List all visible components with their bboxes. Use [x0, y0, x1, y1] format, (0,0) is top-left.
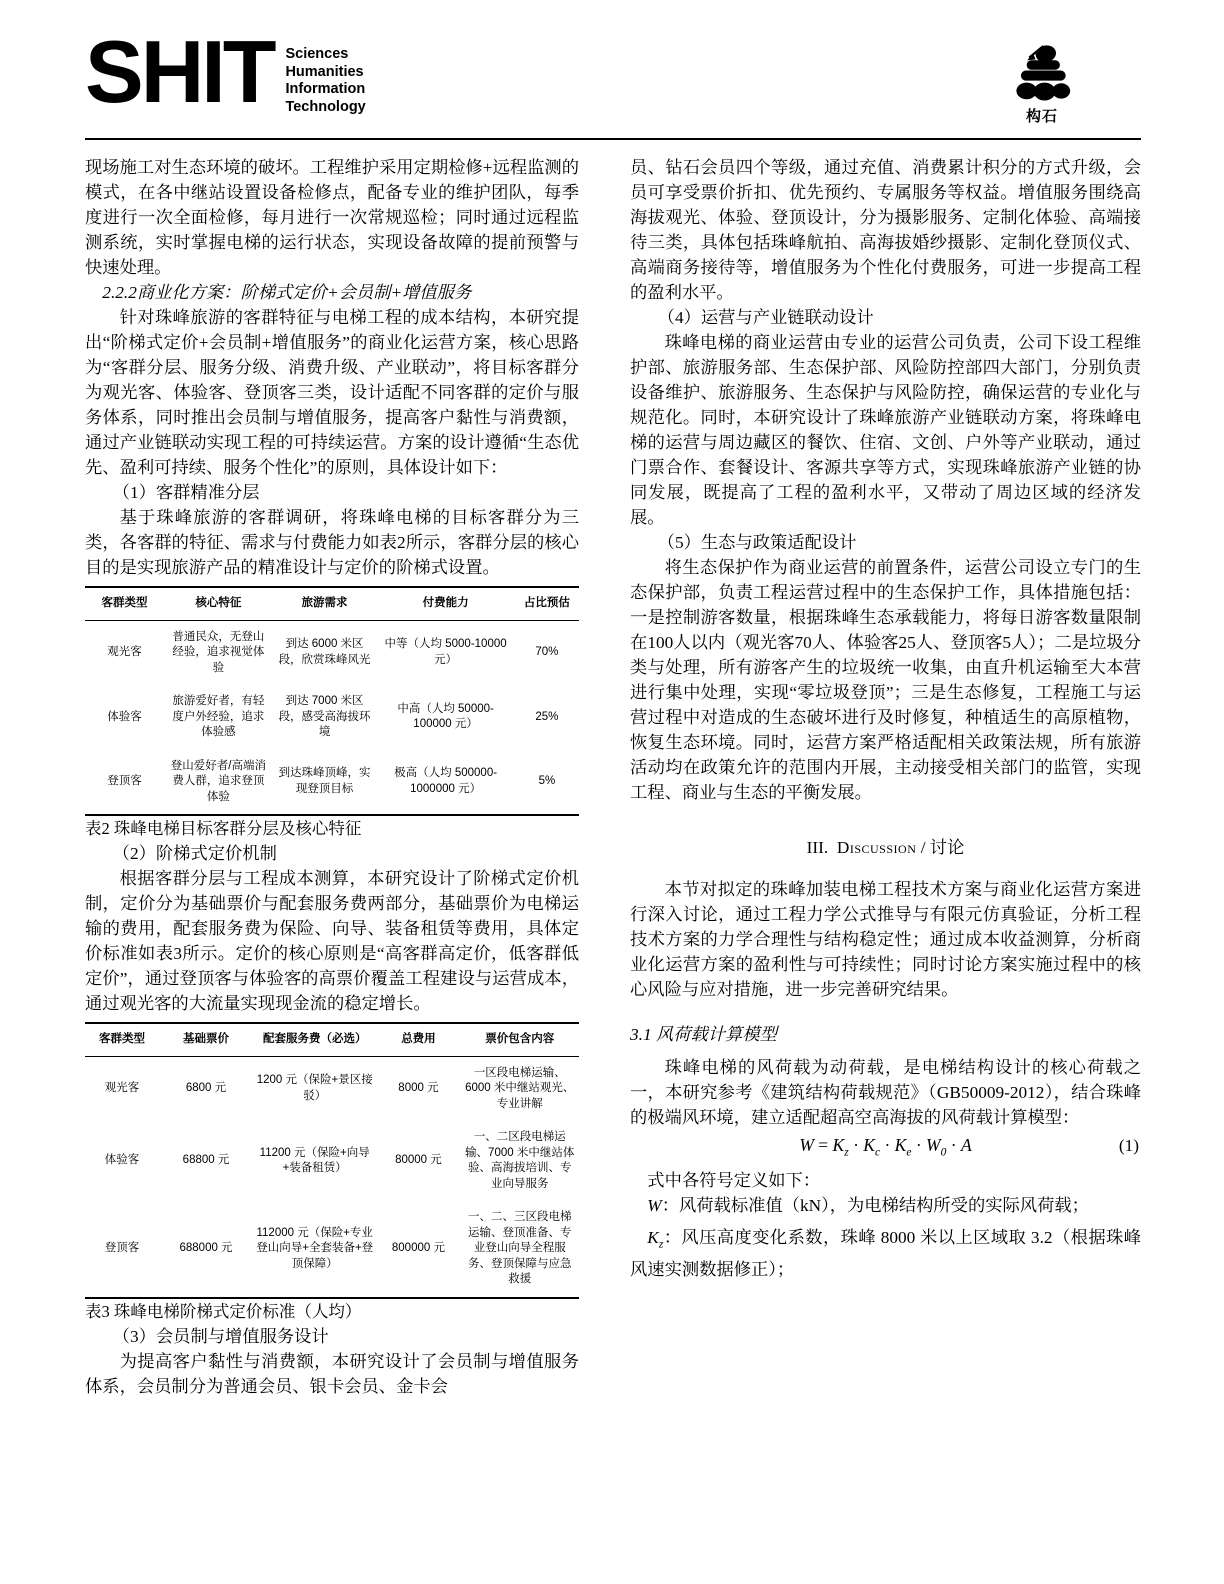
tagline-line: Sciences: [285, 46, 365, 64]
table-cell: 11200 元（保险+向导+装备租赁）: [253, 1121, 377, 1201]
math-var: W: [799, 1135, 814, 1155]
section-heading-discussion: III. Discussion / 讨论: [630, 835, 1141, 860]
column-header: 占比预估: [515, 587, 579, 620]
right-column: 员、钻石会员四个等级，通过充值、消费累计积分的方式升级，会员可享受票价折扣、优先…: [630, 155, 1141, 1399]
column-header: 付费能力: [376, 587, 514, 620]
table-row: 体验客68800 元11200 元（保险+向导+装备租赁）80000 元一、二区…: [85, 1121, 579, 1201]
table-header-row: 客群类型基础票价配套服务费（必选）总费用票价包含内容: [85, 1023, 579, 1056]
table-cell: 一、二、三区段电梯运输、登顶准备、专业登山向导全程服务、登顶保障与应急救援: [460, 1201, 579, 1298]
table-cell: 体验客: [85, 685, 164, 750]
equation-expression: W = Kz · Kc · Ke · W0 · A: [799, 1135, 971, 1155]
column-header: 配套服务费（必选）: [253, 1023, 377, 1056]
paragraph-ecology: 将生态保护作为商业运营的前置条件，运营公司设立专门的生态保护部，负责工程运营过程…: [630, 555, 1141, 805]
table-row: 观光客普通民众，无登山经验，追求视觉体验到达 6000 米区段，欣赏珠峰风光中等…: [85, 620, 579, 685]
paragraph-pricing: 根据客群分层与工程成本测算，本研究设计了阶梯式定价机制，定价分为基础票价与配套服…: [85, 866, 579, 1016]
math-var: W: [926, 1135, 941, 1155]
table-cell: 一、二区段电梯运输、7000 米中继站体验、高海拔培训、专业向导服务: [460, 1121, 579, 1201]
paragraph-segmentation: 基于珠峰旅游的客群调研，将珠峰电梯的目标客群分为三类，各客群的特征、需求与付费能…: [85, 505, 579, 580]
section-title-cn: / 讨论: [921, 838, 965, 857]
math-var: K: [647, 1228, 659, 1247]
math-var: W: [647, 1196, 661, 1215]
symbol-desc: ：风荷载标准值（kN），为电梯结构所受的实际风荷载；: [662, 1196, 1089, 1215]
math-sub: 0: [941, 1147, 947, 1159]
masthead: SHIT Sciences Humanities Information Tec…: [85, 38, 1141, 130]
table-header-row: 客群类型核心特征旅游需求付费能力占比预估: [85, 587, 579, 620]
table-cell: 极高（人均 500000-1000000 元）: [376, 750, 514, 816]
journal-tagline: Sciences Humanities Information Technolo…: [285, 38, 365, 116]
journal-logo: SHIT Sciences Humanities Information Tec…: [85, 38, 366, 116]
publisher-logo: 构石: [999, 42, 1085, 126]
table-cell: 登顶客: [85, 750, 164, 816]
paragraph-commercial: 针对珠峰旅游的客群特征与电梯工程的成本结构，本研究提出“阶梯式定价+会员制+增值…: [85, 305, 579, 480]
publisher-logo-label: 构石: [1026, 105, 1058, 126]
section-title: Discussion: [837, 838, 917, 857]
table-cell: 到达 6000 米区段，欣赏珠峰风光: [273, 620, 377, 685]
section-numeral: III.: [807, 838, 829, 857]
table-cell: 6800 元: [159, 1056, 253, 1121]
column-header: 客群类型: [85, 1023, 159, 1056]
table-pricing: 客群类型基础票价配套服务费（必选）总费用票价包含内容 观光客6800 元1200…: [85, 1022, 579, 1299]
table-cell: 中高（人均 50000-100000 元）: [376, 685, 514, 750]
table-cell: 1200 元（保险+景区接驳）: [253, 1056, 377, 1121]
table2-caption: 表2 珠峰电梯目标客群分层及核心特征: [85, 816, 579, 841]
table-customer-segments: 客群类型核心特征旅游需求付费能力占比预估 观光客普通民众，无登山经验，追求视觉体…: [85, 586, 579, 816]
table3-caption: 表3 珠峰电梯阶梯式定价标准（人均）: [85, 1299, 579, 1324]
table-cell: 观光客: [85, 620, 164, 685]
table-row: 观光客6800 元1200 元（保险+景区接驳）8000 元一区段电梯运输、60…: [85, 1056, 579, 1121]
table-cell: 到达 7000 米区段，感受高海拔环境: [273, 685, 377, 750]
table-cell: 中等（人均 5000-10000 元）: [376, 620, 514, 685]
paragraph-symbols-intro: 式中各符号定义如下：: [630, 1168, 1141, 1193]
table-cell: 80000 元: [376, 1121, 460, 1201]
list-heading-pricing: （2）阶梯式定价机制: [85, 841, 579, 866]
table-cell: 体验客: [85, 1121, 159, 1201]
table-cell: 68800 元: [159, 1121, 253, 1201]
tagline-line: Humanities: [285, 64, 365, 82]
equation-number: (1): [1119, 1133, 1139, 1158]
table-cell: 25%: [515, 685, 579, 750]
symbol-desc: ：风压高度变化系数，珠峰 8000 米以上区域取 3.2（根据珠峰风速实测数据修…: [630, 1228, 1141, 1279]
table-cell: 8000 元: [376, 1056, 460, 1121]
equation-1: W = Kz · Kc · Ke · W0 · A (1): [630, 1133, 1141, 1166]
column-header: 旅游需求: [273, 587, 377, 620]
table-cell: 登山爱好者/高端消费人群，追求登顶体验: [164, 750, 273, 816]
math-sub: c: [875, 1147, 880, 1159]
paragraph-wind-load: 珠峰电梯的风荷载为动荷载，是电梯结构设计的核心荷载之一，本研究参考《建筑结构荷载…: [630, 1055, 1141, 1130]
left-column: 现场施工对生态环境的破坏。工程维护采用定期检修+远程监测的模式，在各中继站设置设…: [85, 155, 579, 1399]
cairn-icon: [1010, 42, 1074, 104]
subsection-heading-wind-load: 3.1 风荷载计算模型: [630, 1022, 1141, 1047]
list-heading-ecology: （5）生态与政策适配设计: [630, 530, 1141, 555]
tagline-line: Information: [285, 81, 365, 99]
symbol-definition-kz: Kz：风压高度变化系数，珠峰 8000 米以上区域取 3.2（根据珠峰风速实测数…: [630, 1225, 1141, 1282]
table-row: 登顶客登山爱好者/高端消费人群，追求登顶体验到达珠峰顶峰，实现登顶目标极高（人均…: [85, 750, 579, 816]
table-row: 登顶客688000 元112000 元（保险+专业登山向导+全套装备+登顶保障）…: [85, 1201, 579, 1298]
table-cell: 一区段电梯运输、6000 米中继站观光、专业讲解: [460, 1056, 579, 1121]
list-heading-operation: （4）运营与产业链联动设计: [630, 305, 1141, 330]
math-sub: z: [844, 1147, 848, 1159]
paragraph-membership: 为提高客户黏性与消费额，本研究设计了会员制与增值服务体系，会员制分为普通会员、银…: [85, 1349, 579, 1399]
math-var: K: [833, 1135, 845, 1155]
divider-rule: [85, 138, 1141, 140]
paragraph-operation: 珠峰电梯的商业运营由专业的运营公司负责，公司下设工程维护部、旅游服务部、生态保护…: [630, 330, 1141, 530]
math-sub: e: [906, 1147, 911, 1159]
tagline-line: Technology: [285, 99, 365, 117]
table-cell: 旅游爱好者，有轻度户外经验，追求体验感: [164, 685, 273, 750]
column-header: 客群类型: [85, 587, 164, 620]
table-cell: 800000 元: [376, 1201, 460, 1298]
list-heading-segmentation: （1）客群精准分层: [85, 480, 579, 505]
table-cell: 70%: [515, 620, 579, 685]
table-cell: 登顶客: [85, 1201, 159, 1298]
table-cell: 观光客: [85, 1056, 159, 1121]
list-heading-membership: （3）会员制与增值服务设计: [85, 1324, 579, 1349]
page: SHIT Sciences Humanities Information Tec…: [0, 0, 1224, 1584]
table-cell: 112000 元（保险+专业登山向导+全套装备+登顶保障）: [253, 1201, 377, 1298]
column-header: 核心特征: [164, 587, 273, 620]
article-body: 现场施工对生态环境的破坏。工程维护采用定期检修+远程监测的模式，在各中继站设置设…: [85, 155, 1141, 1399]
symbol-definition-w: W：风荷载标准值（kN），为电梯结构所受的实际风荷载；: [630, 1193, 1141, 1225]
subsection-heading-commercial: 2.2.2商业化方案：阶梯式定价+会员制+增值服务: [85, 280, 579, 305]
table-cell: 688000 元: [159, 1201, 253, 1298]
table-row: 体验客旅游爱好者，有轻度户外经验，追求体验感到达 7000 米区段，感受高海拔环…: [85, 685, 579, 750]
math-var: K: [895, 1135, 907, 1155]
column-header: 总费用: [376, 1023, 460, 1056]
table-cell: 5%: [515, 750, 579, 816]
paragraph-membership-continued: 员、钻石会员四个等级，通过充值、消费累计积分的方式升级，会员可享受票价折扣、优先…: [630, 155, 1141, 305]
table-cell: 到达珠峰顶峰，实现登顶目标: [273, 750, 377, 816]
column-header: 基础票价: [159, 1023, 253, 1056]
journal-logo-text: SHIT: [85, 32, 273, 113]
math-var: A: [961, 1135, 972, 1155]
paragraph-maintenance: 现场施工对生态环境的破坏。工程维护采用定期检修+远程监测的模式，在各中继站设置设…: [85, 155, 579, 280]
math-var: K: [863, 1135, 875, 1155]
table-cell: 普通民众，无登山经验，追求视觉体验: [164, 620, 273, 685]
column-header: 票价包含内容: [460, 1023, 579, 1056]
paragraph-discussion-intro: 本节对拟定的珠峰加装电梯工程技术方案与商业化运营方案进行深入讨论，通过工程力学公…: [630, 877, 1141, 1002]
